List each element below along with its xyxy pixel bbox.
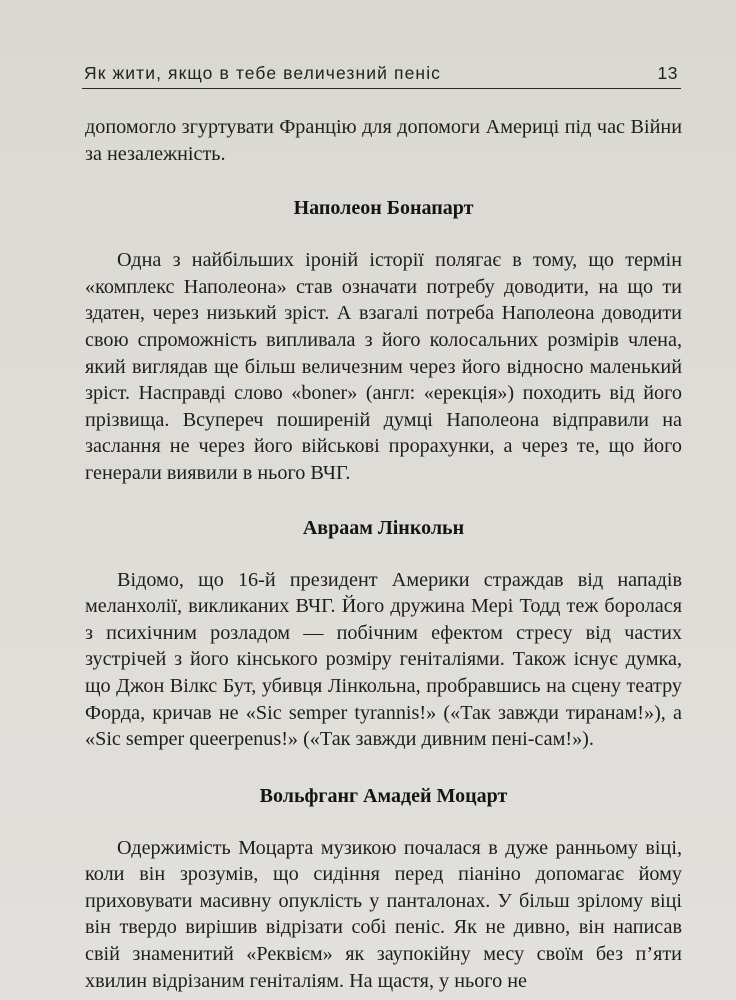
section-paragraph-lincoln: Відомо, що 16-й президент Америки стражд… [85, 567, 682, 753]
book-page: Як жити, якщо в тебе величезний пеніс 13… [0, 0, 736, 1000]
section-heading-mozart: Вольфганг Амадей Моцарт [85, 783, 682, 809]
section-paragraph-mozart: Одержимість Моцарта музикою почалася в д… [85, 835, 682, 995]
spacer [85, 487, 682, 515]
section-heading-lincoln: Авраам Лінкольн [85, 515, 682, 541]
spacer [85, 541, 682, 567]
spacer [85, 167, 682, 195]
section-heading-napoleon: Наполеон Бонапарт [85, 195, 682, 221]
spacer [85, 221, 682, 247]
continuation-paragraph: допомогло згуртувати Францію для допомог… [85, 114, 682, 167]
section-paragraph-napoleon: Одна з найбільших іроній історії полягає… [85, 247, 682, 486]
book-title: Як жити, якщо в тебе величезний пеніс [84, 63, 441, 84]
spacer [85, 809, 682, 835]
page-number: 13 [658, 63, 678, 84]
spacer [85, 753, 682, 783]
page-body: допомогло згуртувати Францію для допомог… [85, 114, 682, 994]
running-header: Як жити, якщо в тебе величезний пеніс 13 [82, 62, 681, 89]
